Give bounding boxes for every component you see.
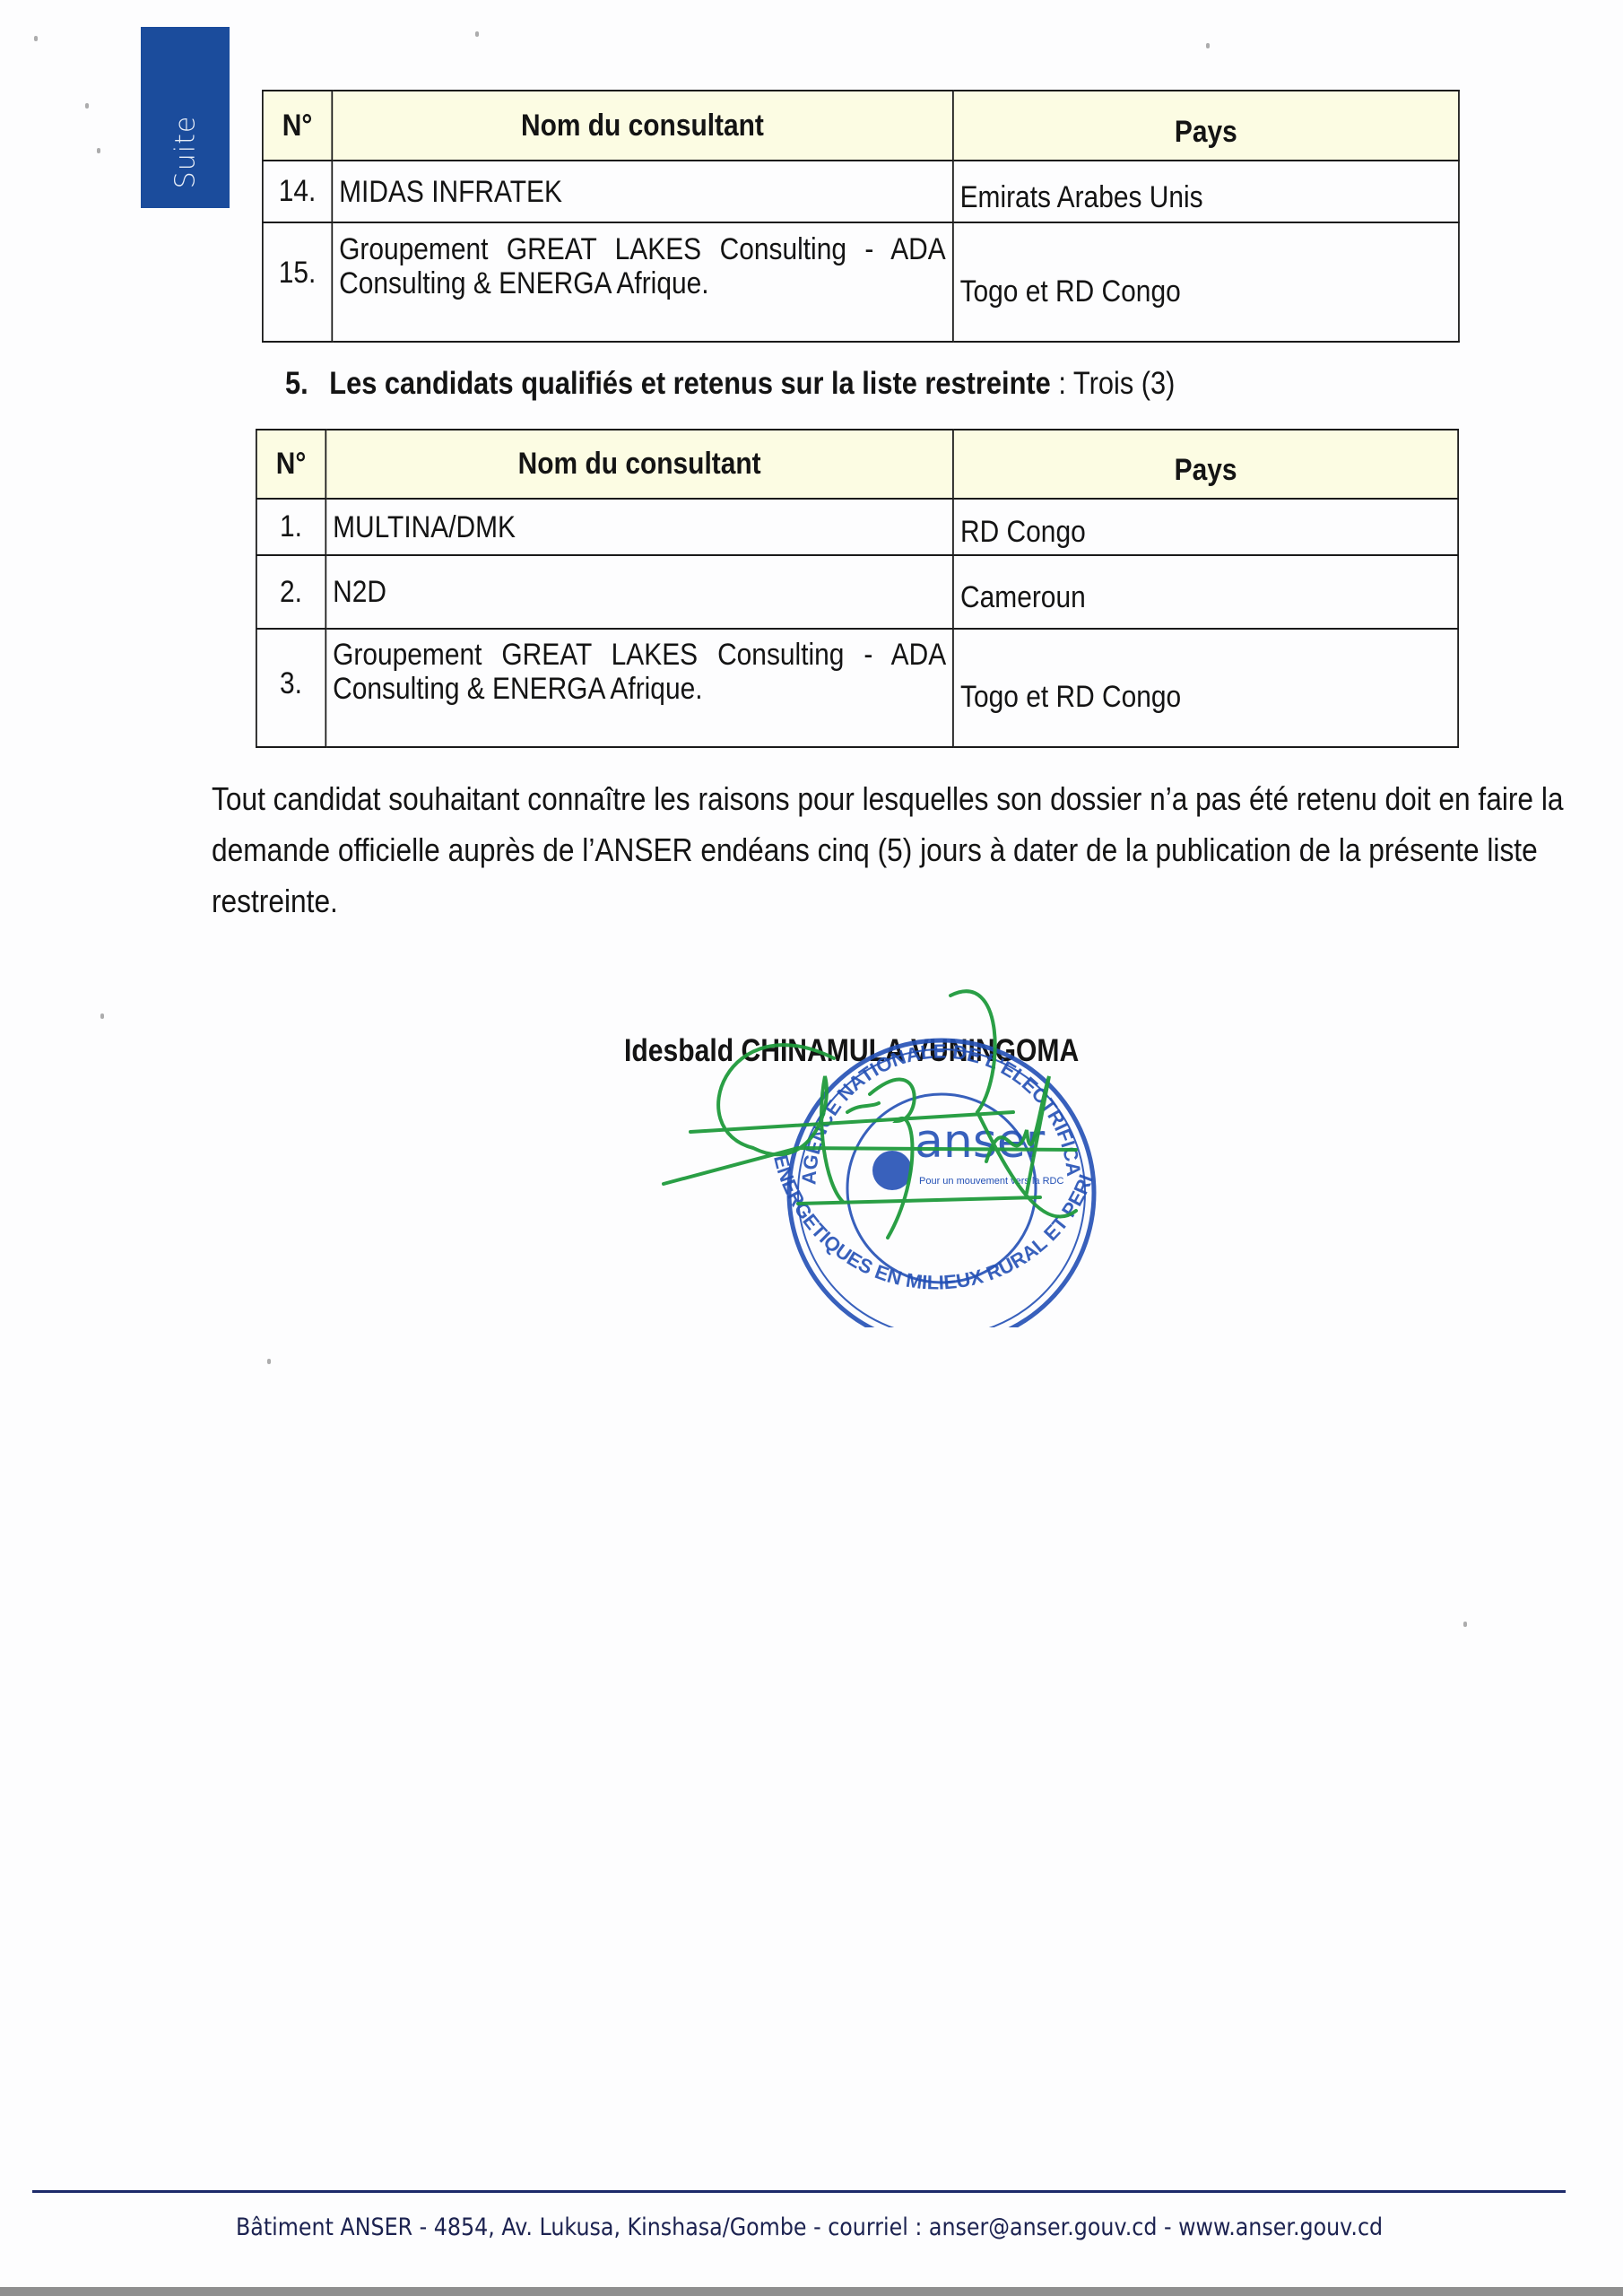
header-number: N° bbox=[256, 430, 325, 499]
stamp-seal-icon bbox=[789, 1040, 1094, 1327]
consultant-name: MIDAS INFRATEK bbox=[332, 161, 952, 222]
consultant-country: RD Congo bbox=[953, 499, 1458, 555]
header-number: N° bbox=[263, 91, 332, 161]
table-row: 15. Groupement GREAT LAKES Consulting - … bbox=[263, 222, 1459, 342]
table-header-row: N° Nom du consultant Pays bbox=[263, 91, 1459, 161]
scan-speck bbox=[97, 148, 100, 153]
section-number: 5. bbox=[285, 366, 329, 402]
scan-edge bbox=[0, 2287, 1623, 2296]
scan-speck bbox=[1463, 1622, 1467, 1627]
footer-address: Bâtiment ANSER - 4854, Av. Lukusa, Kinsh… bbox=[236, 2213, 1383, 2241]
header-country: Pays bbox=[953, 430, 1458, 499]
suite-tab: Suite bbox=[141, 27, 230, 208]
consultant-country: Emirats Arabes Unis bbox=[953, 161, 1459, 222]
consultant-country: Togo et RD Congo bbox=[953, 629, 1458, 747]
scan-speck bbox=[100, 1013, 104, 1019]
paragraph-line: Tout candidat souhaitant connaître les r… bbox=[212, 773, 1623, 824]
header-consultant-name: Nom du consultant bbox=[325, 430, 953, 499]
consultant-name: N2D bbox=[325, 555, 953, 629]
table-row: 1. MULTINA/DMK RD Congo bbox=[256, 499, 1458, 555]
consultant-name: Groupement GREAT LAKES Consulting - ADA … bbox=[332, 222, 952, 342]
stamp-bottom-text: ENERGETIQUES EN MILIEUX RURAL ET PERIURB… bbox=[628, 969, 1098, 1294]
paragraph-line: demande officielle auprès de l’ANSER end… bbox=[212, 824, 1623, 875]
scan-speck bbox=[34, 36, 38, 41]
stamp-logo: anser bbox=[915, 1115, 1046, 1169]
consultant-name: Groupement GREAT LAKES Consulting - ADA … bbox=[325, 629, 953, 747]
table-row: 14. MIDAS INFRATEK Emirats Arabes Unis bbox=[263, 161, 1459, 222]
row-number: 1. bbox=[256, 499, 325, 555]
scan-speck bbox=[267, 1359, 271, 1364]
consultant-country: Togo et RD Congo bbox=[953, 222, 1459, 342]
header-consultant-name: Nom du consultant bbox=[332, 91, 952, 161]
paragraph-line: restreinte. bbox=[212, 875, 1623, 926]
consultants-table-continued: N° Nom du consultant Pays 14. MIDAS INFR… bbox=[262, 90, 1460, 343]
row-number: 3. bbox=[256, 629, 325, 747]
stamp-top-text: AGENCE NATIONALE DE L'ELECTRIFICATION ET… bbox=[628, 969, 1085, 1185]
scan-speck bbox=[475, 31, 479, 37]
stamp-globe-icon bbox=[872, 1151, 912, 1190]
row-number: 15. bbox=[263, 222, 332, 342]
handwritten-signature-icon bbox=[664, 991, 1076, 1238]
footer-divider bbox=[32, 2190, 1566, 2193]
svg-text:ENERGETIQUES EN MILIEUX RURAL: ENERGETIQUES EN MILIEUX RURAL ET PERIURB… bbox=[628, 969, 1098, 1294]
scan-speck bbox=[1206, 43, 1210, 48]
signatory-name: Idesbald CHINAMULA VUNINGOMA bbox=[624, 1033, 1079, 1069]
section-title: Les candidats qualifiés et retenus sur l… bbox=[329, 366, 1051, 401]
official-stamp-and-signature: AGENCE NATIONALE DE L'ELECTRIFICATION ET… bbox=[628, 969, 1166, 1327]
header-country: Pays bbox=[953, 91, 1459, 161]
table-row: 3. Groupement GREAT LAKES Consulting - A… bbox=[256, 629, 1458, 747]
table-header-row: N° Nom du consultant Pays bbox=[256, 430, 1458, 499]
scan-speck bbox=[85, 103, 89, 109]
row-number: 2. bbox=[256, 555, 325, 629]
consultant-country: Cameroun bbox=[953, 555, 1458, 629]
row-number: 14. bbox=[263, 161, 332, 222]
suite-label: Suite bbox=[169, 115, 201, 188]
table-row: 2. N2D Cameroun bbox=[256, 555, 1458, 629]
shortlist-table: N° Nom du consultant Pays 1. MULTINA/DMK… bbox=[256, 429, 1459, 748]
section-value: : Trois (3) bbox=[1051, 366, 1176, 401]
consultant-name: MULTINA/DMK bbox=[325, 499, 953, 555]
section-5-heading: 5.Les candidats qualifiés et retenus sur… bbox=[285, 366, 1175, 402]
svg-text:AGENCE NATIONALE DE L'ELECTRIF: AGENCE NATIONALE DE L'ELECTRIFICATION ET… bbox=[628, 969, 1085, 1185]
stamp-tagline: Pour un mouvement vers la RDC bbox=[919, 1176, 1063, 1187]
notice-paragraph: Tout candidat souhaitant connaître les r… bbox=[212, 773, 1623, 926]
